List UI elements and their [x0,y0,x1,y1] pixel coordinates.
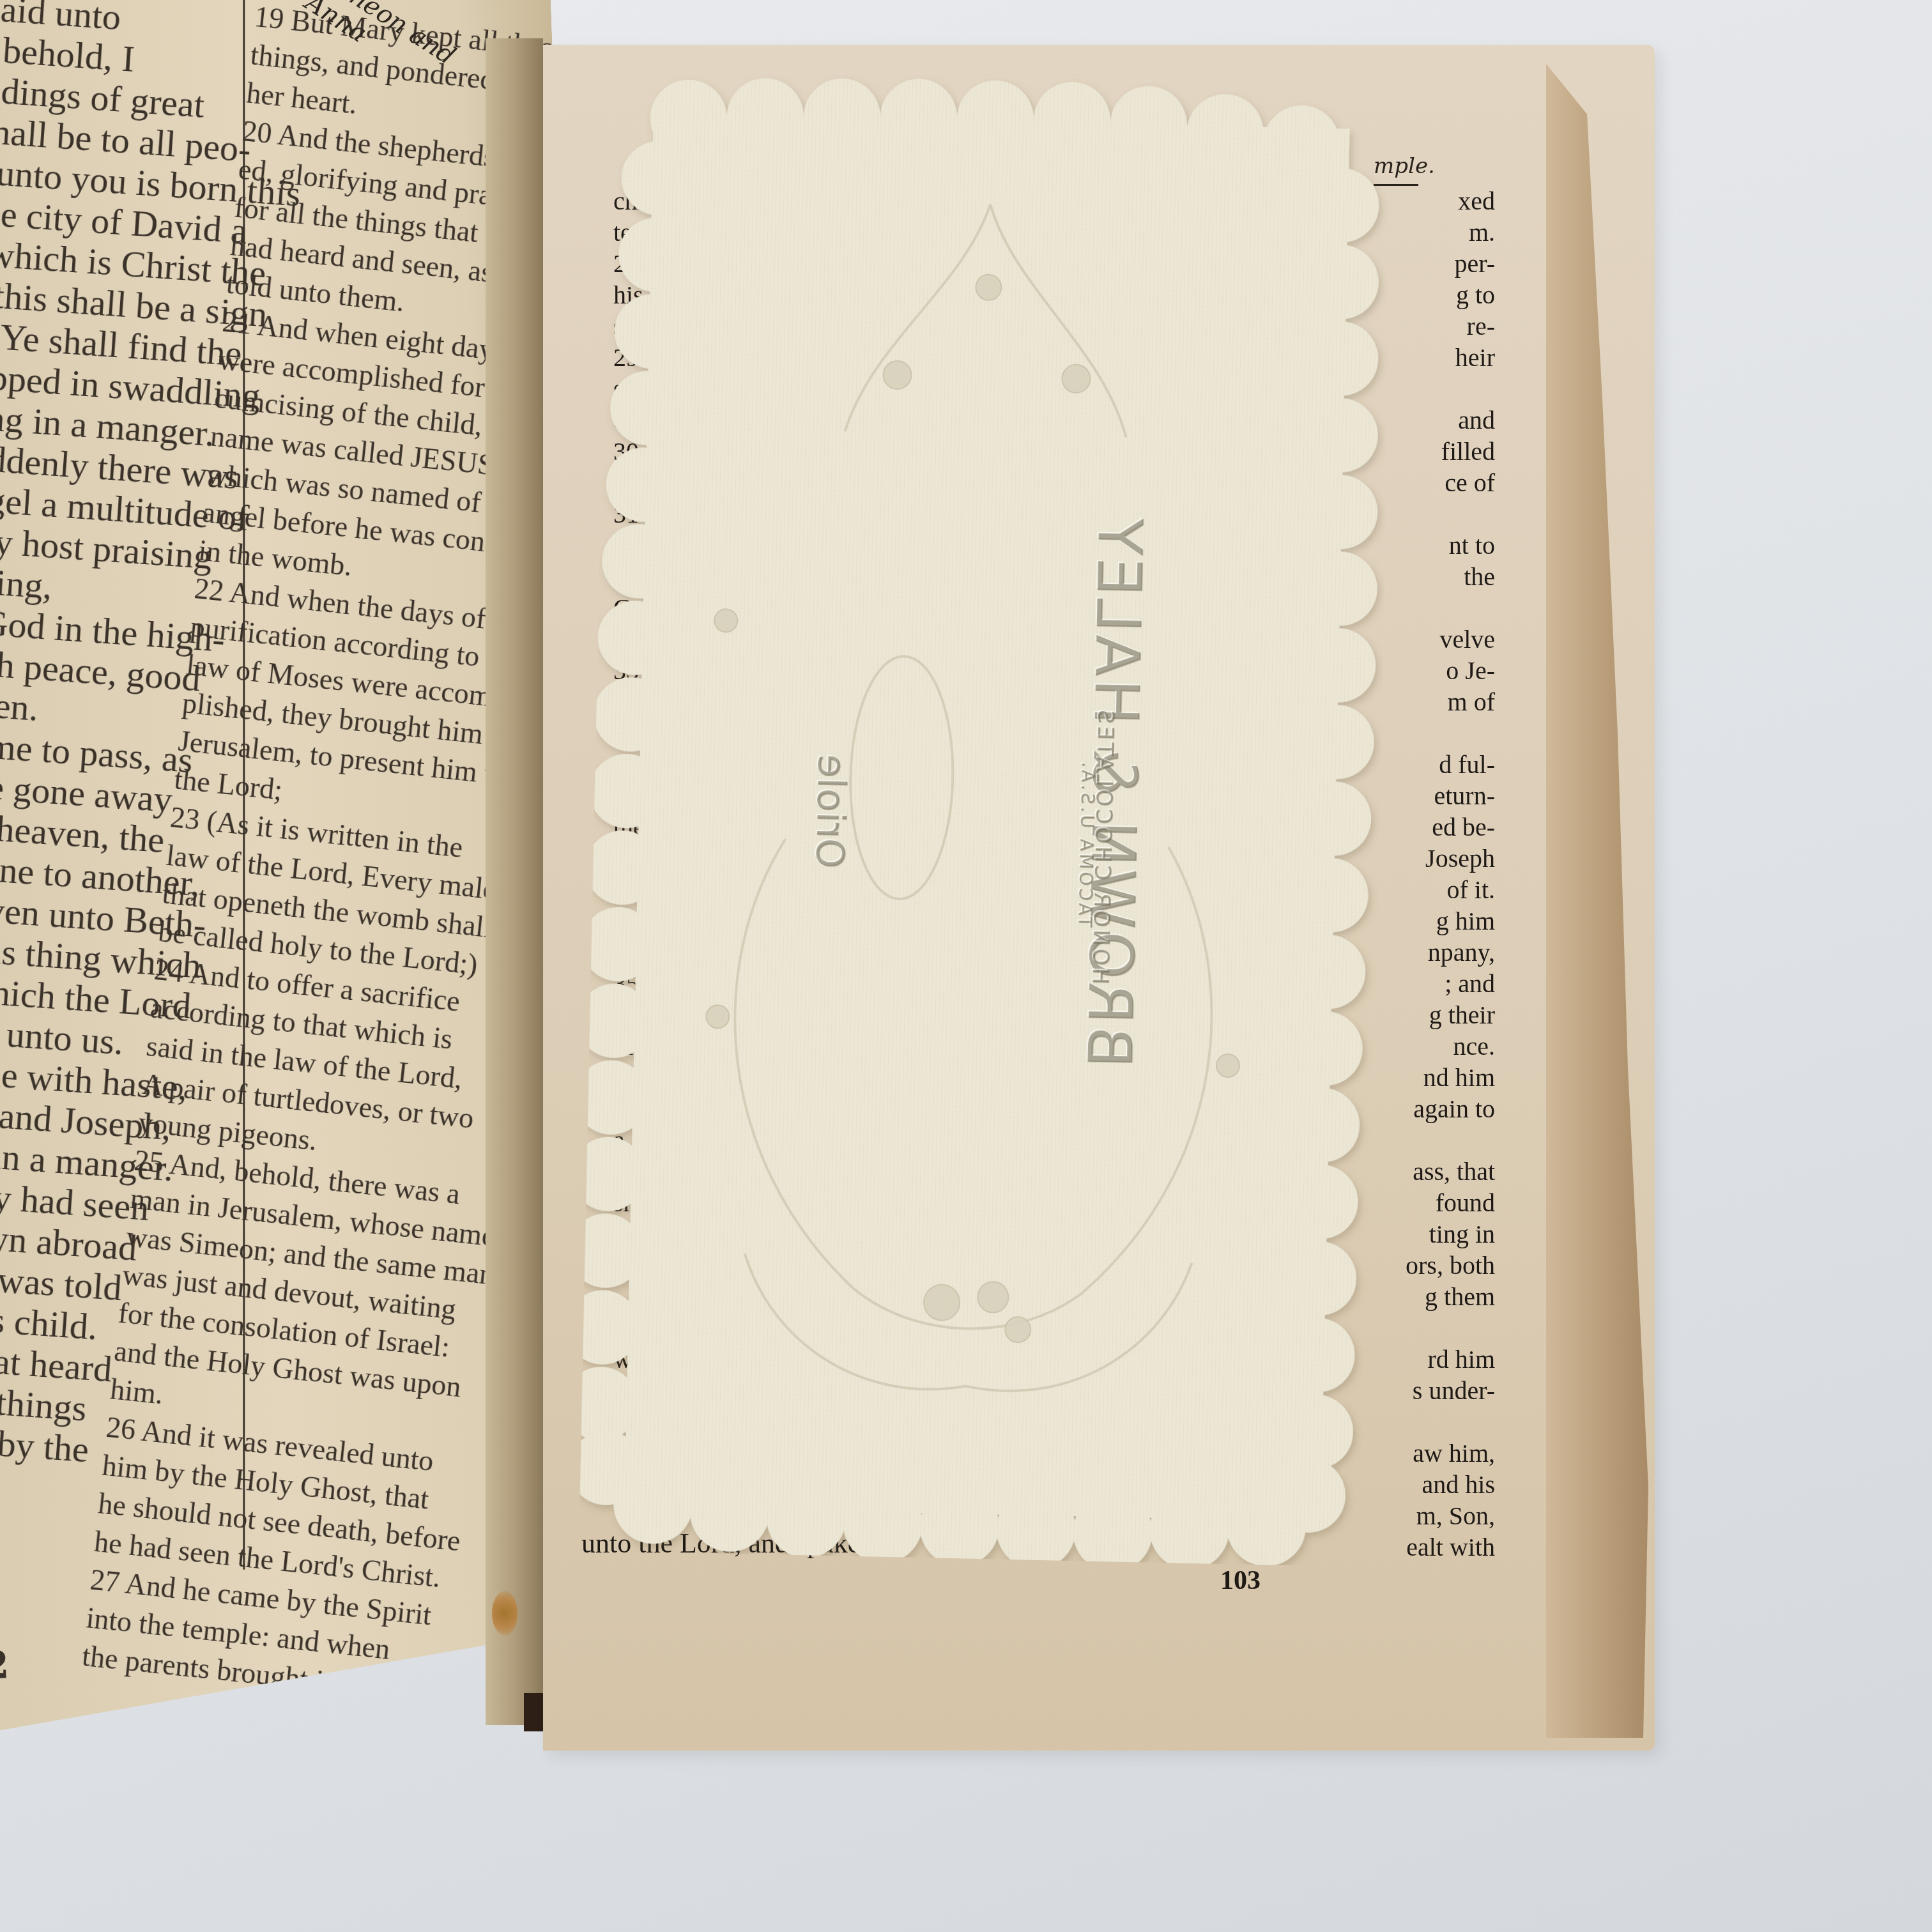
left-page-number: 2 [0,1643,10,1688]
embossed-bookmark: BROWN & HALEY Oriole HONOR CHOCOLATES TA… [579,68,1395,1567]
embossed-oval-label: Oriole [807,754,854,869]
embossed-location: TACOMA U.S.A. [1074,759,1099,928]
book-spine [486,38,543,1725]
photo-scene: said unto; behold, Itidings of greatshal… [0,0,1932,1932]
page-number: 103 [1220,1565,1261,1596]
scalloped-card-shape [579,68,1395,1567]
foxing-stain [492,1591,517,1636]
